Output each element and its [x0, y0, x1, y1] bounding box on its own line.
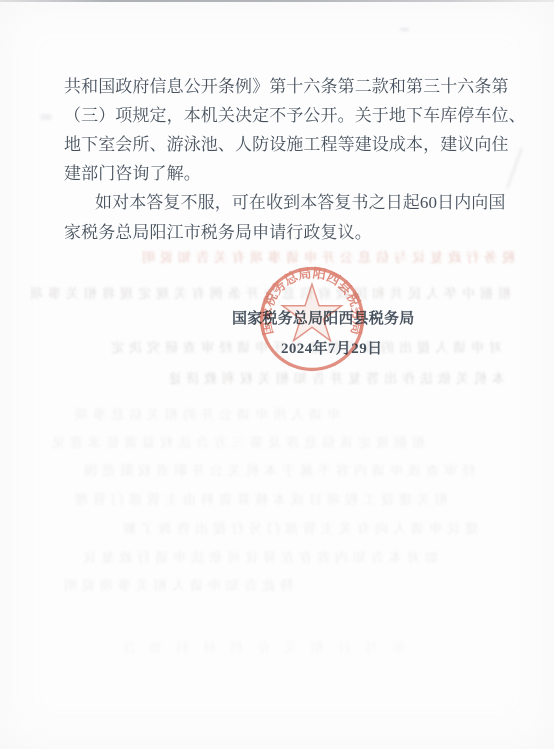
- body-line: 共和国政府信息公开条例》第十六条第二款和第三十六条第: [64, 72, 504, 101]
- bleed-through-line: 相关建设工程项目成本核算资料由主管部门管理: [58, 489, 448, 506]
- body-line: 家税务总局阳江市税务局申请行政复议。: [64, 218, 504, 247]
- document-body: 共和国政府信息公开条例》第十六条第二款和第三十六条第 （三）项规定，本机关决定不…: [64, 72, 504, 247]
- bleed-through-line: 特此告知申请人相关事项说明: [58, 575, 293, 592]
- scanned-document-page: 税务行政复议与信息公开申请事项有关告知说明 根据中华人民共和国政府信息公开条例有…: [0, 0, 554, 749]
- bleed-through-line: 建议申请人向有关主管部门另行提出咨询了解: [68, 518, 478, 535]
- seal-star-icon: [282, 284, 341, 340]
- bleed-through-line: 年月日相关存档材料备注: [115, 637, 405, 654]
- bleed-through-line: 申请人所申请公开的相关信息事项: [60, 404, 340, 421]
- scan-smudge: [40, 114, 52, 120]
- bleed-through-line: 经审查该申请内容不属于本机关公开职责权限范围: [55, 460, 475, 477]
- body-line: 地下室会所、游泳池、人防设施工程等建设成本，建议向住: [64, 130, 504, 159]
- scan-smudge: [400, 28, 409, 31]
- official-seal: 国家税务总局阳西县税务局: [257, 264, 367, 374]
- bleed-through-line: 根据规定该信息涉及第三方合法权益需征求意见: [25, 432, 425, 449]
- bleed-through-line: 税务行政复议与信息公开申请事项有关告知说明: [135, 247, 515, 264]
- bleed-through-line: 如对本告知内容存在异议可依法申请行政复议: [58, 547, 438, 564]
- body-line: （三）项规定，本机关决定不予公开。关于地下车库停车位、: [64, 101, 504, 130]
- body-line: 如对本答复不服，可在收到本答复书之日起60日内向国: [64, 188, 504, 217]
- scan-edge-artifact: [0, 0, 554, 2]
- body-line: 建部门咨询了解。: [64, 159, 504, 188]
